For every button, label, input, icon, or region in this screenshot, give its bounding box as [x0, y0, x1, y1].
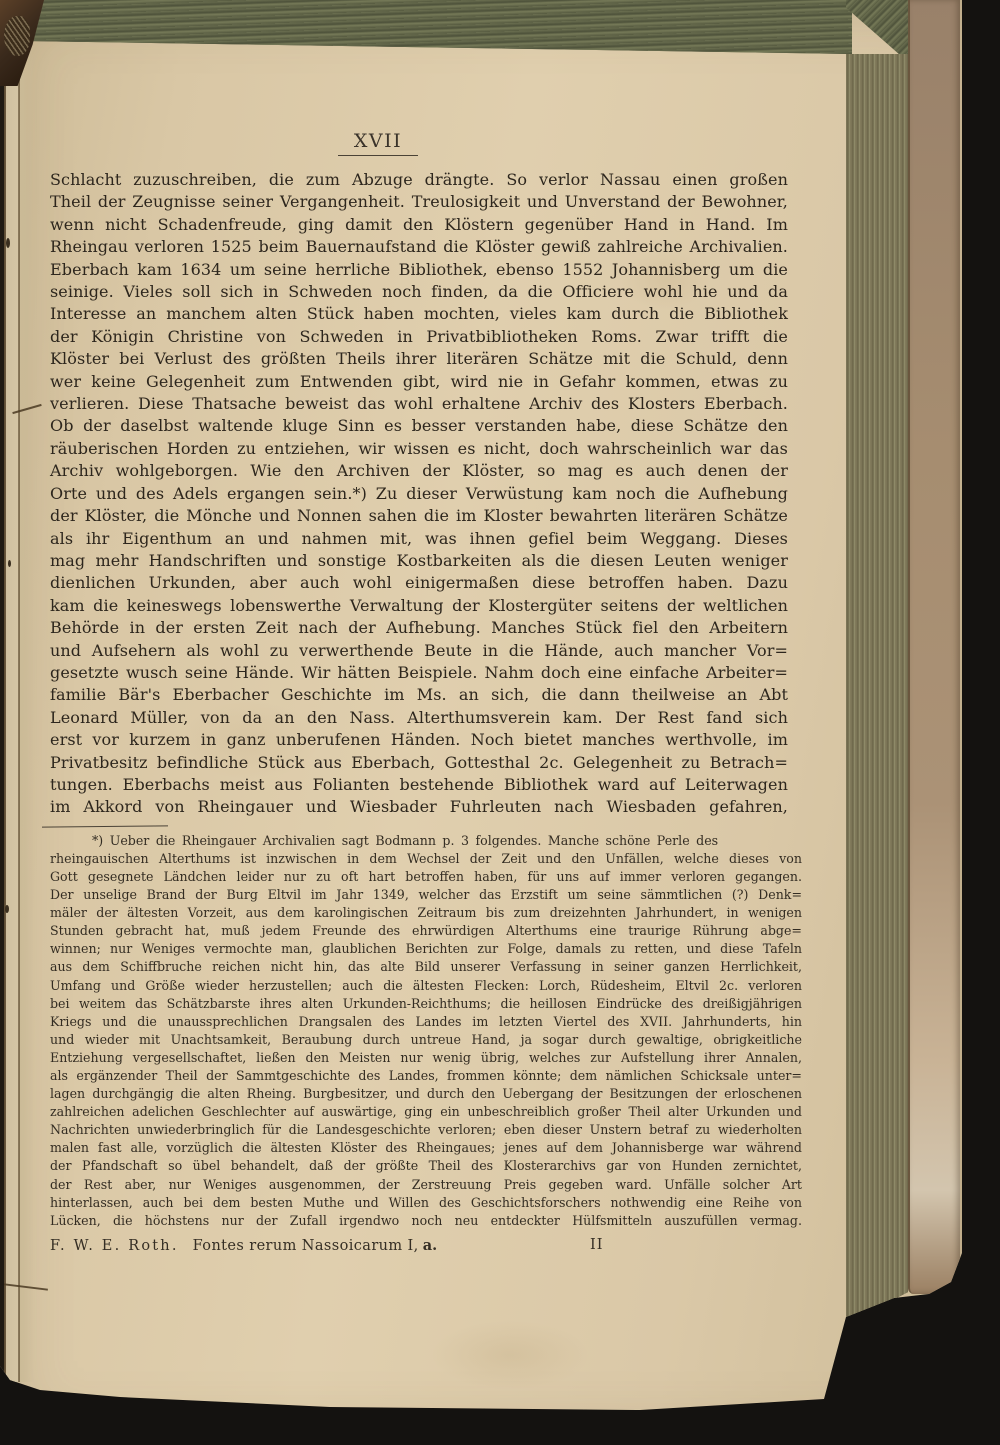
text-line: verlieren. Diese Thatsache beweist das w…: [50, 393, 788, 415]
edge-speck: [5, 905, 9, 913]
body-text: Schlacht zuzuschreiben, die zum Abzuge d…: [50, 169, 788, 819]
author-name: F. W. E. Roth.: [50, 1238, 179, 1254]
footnote-line: Stunden gebracht hat, muß jedem Freunde …: [50, 922, 802, 940]
text-line: wer keine Gelegenheit zum Entwenden gibt…: [50, 371, 788, 393]
text-line: räuberischen Horden zu entziehen, wir wi…: [50, 438, 788, 460]
footnote-line: Kriegs und die unaussprechlichen Drangsa…: [50, 1013, 802, 1031]
footnote-line: hinterlassen, auch bei dem besten Muthe …: [50, 1194, 802, 1212]
text-line: seinige. Vieles soll sich in Schweden no…: [50, 281, 788, 303]
footnote-line: winnen; nur Weniges vermochte man, glaub…: [50, 940, 802, 958]
text-line: Klöster bei Verlust des größten Theils i…: [50, 348, 788, 370]
text-line: Leonard Müller, von da an den Nass. Alte…: [50, 707, 788, 729]
series-title: Fontes rerum Nassoicarum I,: [193, 1238, 419, 1254]
footnote-text: *) Ueber die Rheingauer Archivalien sagt…: [50, 832, 802, 1230]
paper-stain: [430, 1320, 590, 1390]
footnote-line: als ergänzender Theil der Sammtgeschicht…: [50, 1067, 802, 1085]
text-line: Theil der Zeugnisse seiner Vergangenheit…: [50, 191, 788, 213]
text-line: wenn nicht Schadenfreude, ging damit den…: [50, 214, 788, 236]
page-footer: F. W. E. Roth.Fontes rerum Nassoicarum I…: [50, 1237, 794, 1254]
text-line: erst vor kurzem in ganz unberufenen Händ…: [50, 729, 788, 751]
footnote-line: Lücken, die höchstens nur der Zufall irg…: [50, 1212, 802, 1230]
text-line: mag mehr Handschriften und sonstige Kost…: [50, 550, 788, 572]
book-scan: XVII Schlacht zuzuschreiben, die zum Abz…: [0, 0, 962, 1445]
footnote-line: malen fast alle, vorzüglich die ältesten…: [50, 1139, 802, 1157]
text-line: der Königin Christine von Schweden in Pr…: [50, 326, 788, 348]
book-cover-edge: [908, 0, 960, 1294]
text-line: Rheingau verloren 1525 beim Bauernaufsta…: [50, 236, 788, 258]
page-number: XVII: [338, 130, 418, 156]
text-line: Behörde in der ersten Zeit nach der Aufh…: [50, 617, 788, 639]
footnote-line: Entziehung vergesellschaftet, ließen den…: [50, 1049, 802, 1067]
printed-page: XVII Schlacht zuzuschreiben, die zum Abz…: [50, 130, 794, 1254]
book-fore-edge: [846, 54, 908, 1320]
footnote-line: rheingauischen Alterthums ist inzwischen…: [50, 850, 802, 868]
text-line: Orte und des Adels ergangen sein.*) Zu d…: [50, 483, 788, 505]
text-line: im Akkord von Rheingauer und Wiesbader F…: [50, 796, 788, 818]
footnote-line: Der unselige Brand der Burg Eltvil im Ja…: [50, 886, 802, 904]
footnote-line: mäler der ältesten Vorzeit, aus dem karo…: [50, 904, 802, 922]
footnote-line: Umfang und Größe wieder herzustellen; au…: [50, 977, 802, 995]
footnote-line: aus dem Schiffbruche reichen nicht hin, …: [50, 958, 802, 976]
footnote-line: der Rest aber, nur Weniges ausgenommen, …: [50, 1176, 802, 1194]
text-line: als ihr Eigenthum an und nahmen mit, was…: [50, 528, 788, 550]
book-top-edge: [24, 0, 852, 54]
book-top-edge-corner: [846, 0, 908, 62]
footnote-line: zahlreichen adelichen Geschlechter auf a…: [50, 1103, 802, 1121]
footnote-line: der Pfandschaft so übel behandelt, daß d…: [50, 1157, 802, 1175]
series-part-letter: a.: [423, 1237, 437, 1254]
text-line: familie Bär's Eberbacher Geschichte im M…: [50, 684, 788, 706]
text-line: dienlichen Urkunden, aber auch wohl eini…: [50, 572, 788, 594]
sheet-signature: II: [590, 1237, 603, 1253]
text-line: Eberbach kam 1634 um seine herrliche Bib…: [50, 259, 788, 281]
footnote-line: lagen durchgängig die alten Rheing. Burg…: [50, 1085, 802, 1103]
text-line: Archiv wohlgeborgen. Wie den Archiven de…: [50, 460, 788, 482]
footnote-line: bei weitem das Schätzbarste ihres alten …: [50, 995, 802, 1013]
edge-speck: [8, 560, 11, 567]
footnote-line: Nachrichten unwiederbringlich für die La…: [50, 1121, 802, 1139]
footnote-line: *) Ueber die Rheingauer Archivalien sagt…: [50, 832, 802, 850]
page-header: XVII: [6, 130, 750, 156]
text-line: tungen. Eberbachs meist aus Folianten be…: [50, 774, 788, 796]
footnote-line: und wieder mit Unachtsamkeit, Beraubung …: [50, 1031, 802, 1049]
spine-coil-detail: [4, 16, 30, 56]
footnote-line: Gott gesegnete Ländchen leider nur zu of…: [50, 868, 802, 886]
footnote-separator: [42, 825, 168, 827]
text-line: Interesse an manchem alten Stück haben m…: [50, 303, 788, 325]
edge-speck: [6, 238, 10, 248]
text-line: Privatbesitz befindliche Stück aus Eberb…: [50, 752, 788, 774]
text-line: der Klöster, die Mönche und Nonnen sahen…: [50, 505, 788, 527]
text-line: Ob der daselbst waltende kluge Sinn es b…: [50, 415, 788, 437]
text-line: und Aufsehern als wohl zu verwerthende B…: [50, 640, 788, 662]
text-line: Schlacht zuzuschreiben, die zum Abzuge d…: [50, 169, 788, 191]
text-line: gesetzte wusch seine Hände. Wir hätten B…: [50, 662, 788, 684]
text-line: kam die keineswegs lobenswerthe Verwaltu…: [50, 595, 788, 617]
